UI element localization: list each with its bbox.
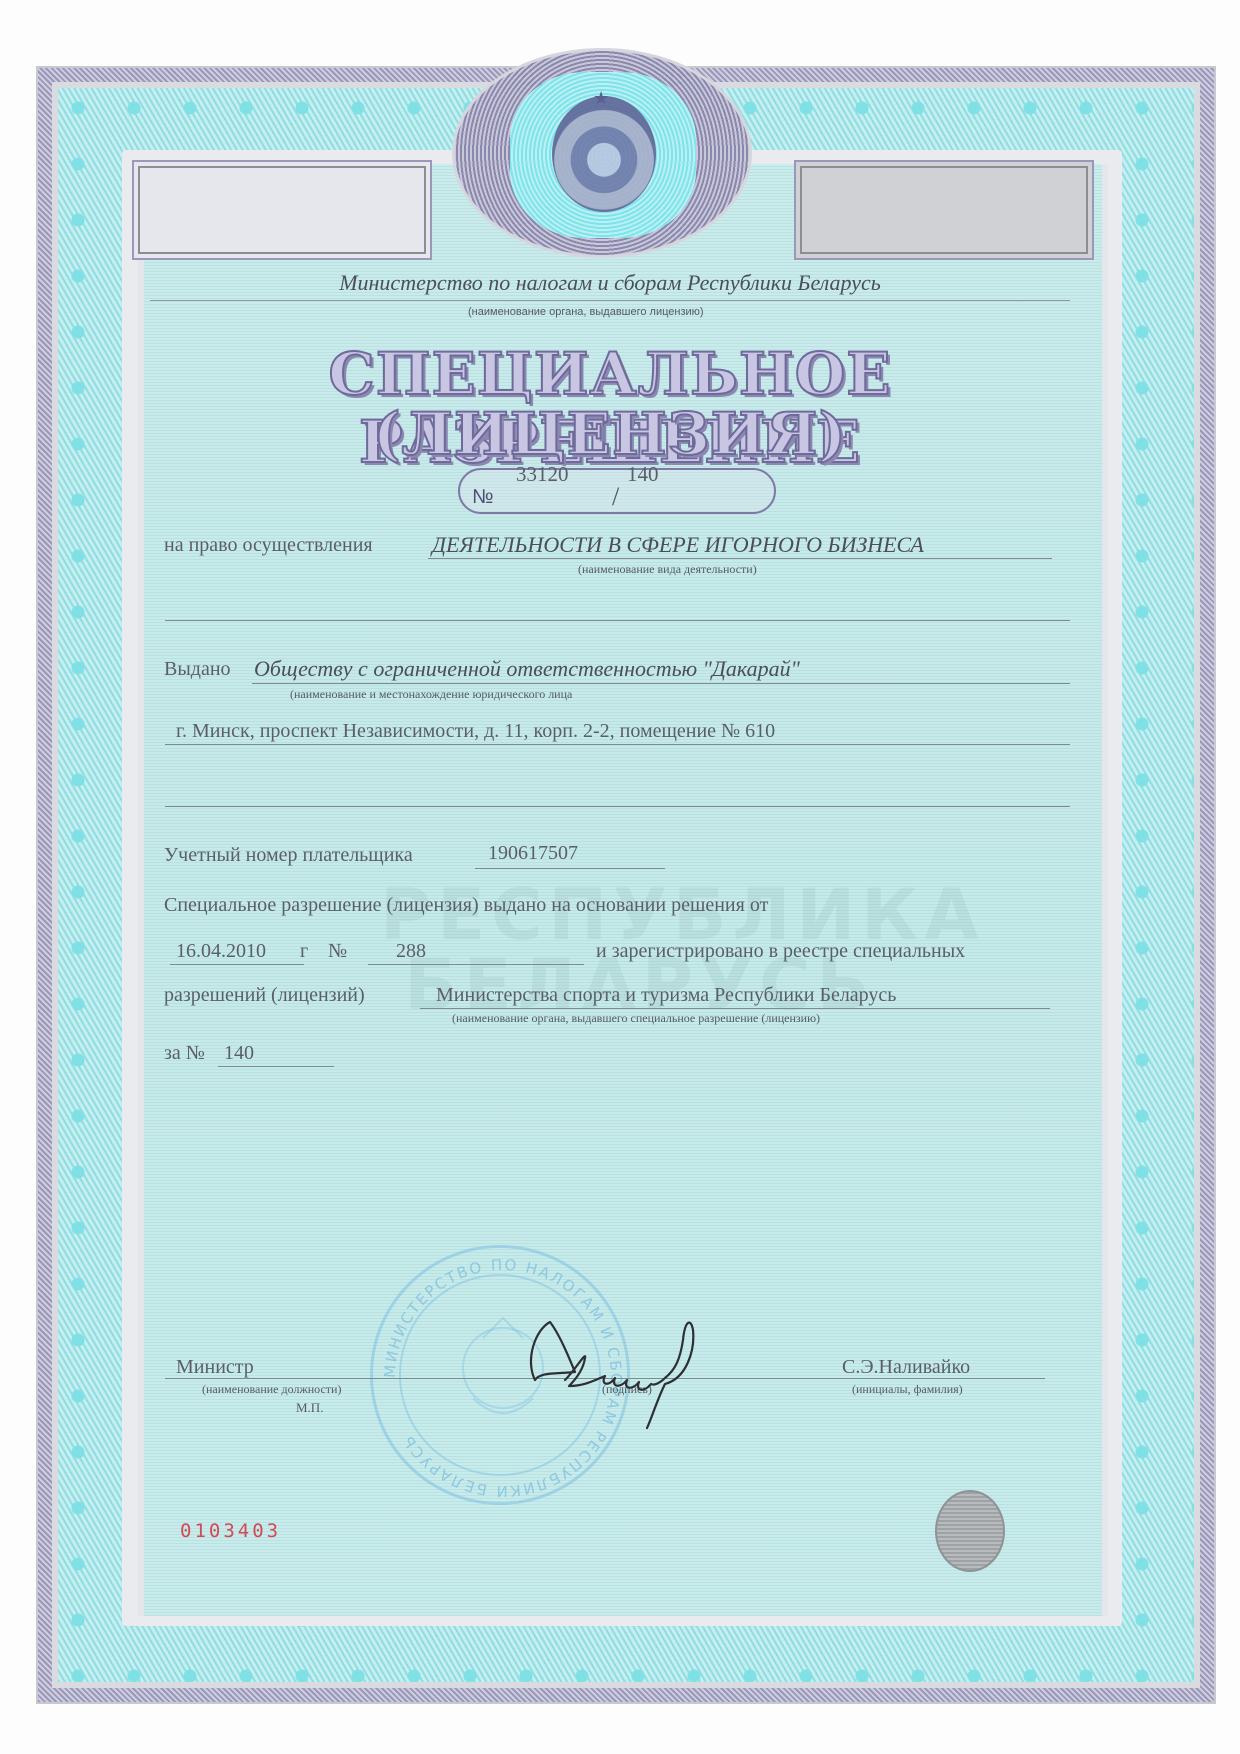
activity-caption: (наименование вида деятельности) xyxy=(578,562,757,577)
registry-label: разрешений (лицензий) xyxy=(164,984,365,1007)
name-caption: (инициалы, фамилия) xyxy=(852,1382,963,1397)
license-number-part2: 140 xyxy=(627,462,659,487)
issued-to-label: Выдано xyxy=(164,658,231,681)
taxpayer-label: Учетный номер плательщика xyxy=(164,844,413,867)
handwritten-signature xyxy=(515,1300,755,1430)
taxpayer-number: 190617507 xyxy=(488,842,578,865)
reg-number-label: за № xyxy=(164,1042,205,1065)
top-right-security-box xyxy=(794,160,1094,260)
registry-value: Министерства спорта и туризма Республики… xyxy=(436,984,896,1007)
star-icon: ★ xyxy=(593,88,609,109)
activity-value: ДЕЯТЕЛЬНОСТИ В СФЕРЕ ИГОРНОГО БИЗНЕСА xyxy=(432,532,924,558)
issuing-authority: Министерство по налогам и сборам Республ… xyxy=(160,270,1060,296)
seal-mark: М.П. xyxy=(296,1400,323,1416)
decision-number-underline xyxy=(368,964,584,965)
issued-to-value: Обществу с ограниченной ответственностью… xyxy=(254,656,800,682)
taxpayer-underline xyxy=(475,868,665,869)
signer-position: Министр xyxy=(176,1356,254,1379)
hologram-sticker xyxy=(935,1490,1005,1572)
coat-of-arms-icon xyxy=(552,96,656,212)
address-underline xyxy=(165,744,1070,745)
license-number-separator: / xyxy=(612,482,619,512)
serial-number: 0103403 xyxy=(180,1520,281,1542)
position-caption: (наименование должности) xyxy=(202,1382,341,1397)
issuer-underline xyxy=(150,300,1070,301)
signer-name: С.Э.Наливайко xyxy=(842,1356,970,1379)
issued-to-underline xyxy=(252,683,1070,684)
decision-date-underline xyxy=(170,964,304,965)
decision-number: 288 xyxy=(396,940,426,963)
address-value: г. Минск, проспект Независимости, д. 11,… xyxy=(176,720,775,743)
issued-to-caption: (наименование и местонахождение юридичес… xyxy=(290,687,572,702)
activity-underline xyxy=(428,558,1052,559)
decision-date: 16.04.2010 xyxy=(176,940,266,963)
registry-underline xyxy=(420,1008,1050,1009)
basis-text: Специальное разрешение (лицензия) выдано… xyxy=(164,894,768,917)
top-left-security-box xyxy=(132,160,432,260)
registered-text: и зарегистрировано в реестре специальных xyxy=(596,940,965,963)
decision-year-suffix: г xyxy=(300,940,308,963)
decision-number-sign: № xyxy=(328,940,347,963)
reg-number-underline xyxy=(218,1066,334,1067)
issuer-caption: (наименование органа, выдавшего лицензию… xyxy=(468,306,704,318)
activity-label: на право осуществления xyxy=(164,534,373,557)
activity-extra-line xyxy=(165,620,1070,621)
reg-number: 140 xyxy=(224,1042,254,1065)
license-number-part1: 33120 xyxy=(516,462,569,487)
registry-caption: (наименование органа, выдавшего специаль… xyxy=(452,1011,820,1026)
document-subtitle: (ЛИЦЕНЗИЯ) xyxy=(150,400,1070,468)
number-sign: № xyxy=(472,486,493,509)
address-extra-line xyxy=(165,806,1070,807)
